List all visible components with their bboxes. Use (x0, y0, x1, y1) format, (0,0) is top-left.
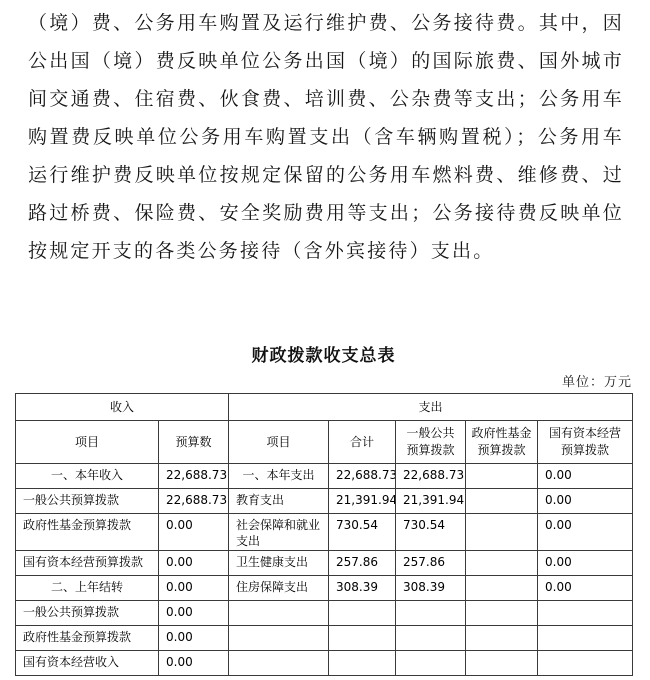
table-cell: 一般公共预算拨款 (16, 601, 159, 626)
table-row: 一般公共预算拨款0.00 (16, 601, 633, 626)
table-cell (229, 651, 329, 676)
table-cell: 一般公共预算拨款 (16, 489, 159, 514)
table-cell (329, 626, 396, 651)
table-cell: 0.00 (538, 576, 633, 601)
table-cell (329, 601, 396, 626)
table-cell: 社会保障和就业支出 (229, 514, 329, 551)
table-cell (396, 601, 466, 626)
table-cell: 21,391.94 (329, 489, 396, 514)
table-cell: 308.39 (329, 576, 396, 601)
column-header-state-capital: 国有资本经营 预算拨款 (538, 421, 633, 464)
table-cell: 教育支出 (229, 489, 329, 514)
table-row: 政府性基金预算拨款0.00 (16, 626, 633, 651)
table-group-header-row: 收入 支出 (16, 394, 633, 421)
table-cell: 0.00 (159, 576, 229, 601)
unit-label: 单位：万元 (15, 371, 632, 390)
column-header-total: 合计 (329, 421, 396, 464)
table-cell (466, 489, 538, 514)
table-cell: 257.86 (329, 551, 396, 576)
table-cell: 730.54 (396, 514, 466, 551)
table-cell: 卫生健康支出 (229, 551, 329, 576)
table-cell (396, 626, 466, 651)
table-cell (466, 576, 538, 601)
table-row: 一、本年收入22,688.73一、本年支出22,688.7322,688.730… (16, 464, 633, 489)
table-row: 政府性基金预算拨款0.00社会保障和就业支出730.54730.540.00 (16, 514, 633, 551)
table-cell (466, 626, 538, 651)
table-cell: 0.00 (538, 489, 633, 514)
table-cell: 0.00 (159, 551, 229, 576)
table-cell: 308.39 (396, 576, 466, 601)
column-header-gov-fund: 政府性基金 预算拨款 (466, 421, 538, 464)
column-header-expense-item: 项目 (229, 421, 329, 464)
table-cell: 住房保障支出 (229, 576, 329, 601)
table-cell: 0.00 (159, 626, 229, 651)
table-cell (466, 651, 538, 676)
table-cell: 22,688.73 (159, 489, 229, 514)
table-cell: 一、本年支出 (229, 464, 329, 489)
document-page: （境）费、公务用车购置及运行维护费、公务接待费。其中，因公出国（境）费反映单位公… (0, 0, 650, 680)
table-cell (229, 601, 329, 626)
table-cell: 21,391.94 (396, 489, 466, 514)
table-row: 一般公共预算拨款22,688.73教育支出21,391.9421,391.940… (16, 489, 633, 514)
table-cell: 22,688.73 (159, 464, 229, 489)
table-cell: 政府性基金预算拨款 (16, 626, 159, 651)
table-cell: 0.00 (538, 464, 633, 489)
income-group-header: 收入 (16, 394, 229, 421)
table-cell (329, 651, 396, 676)
table-cell (538, 651, 633, 676)
table-cell: 二、上年结转 (16, 576, 159, 601)
expense-group-header: 支出 (229, 394, 633, 421)
table-cell: 0.00 (159, 651, 229, 676)
table-cell (466, 514, 538, 551)
table-row: 国有资本经营收入0.00 (16, 651, 633, 676)
table-cell: 22,688.73 (329, 464, 396, 489)
table-column-header-row: 项目 预算数 项目 合计 一般公共 预算拨款 政府性基金 预算拨款 国有资本经营… (16, 421, 633, 464)
table-row: 国有资本经营预算拨款0.00卫生健康支出257.86257.860.00 (16, 551, 633, 576)
table-cell (466, 601, 538, 626)
table-cell: 0.00 (538, 551, 633, 576)
table-cell: 257.86 (396, 551, 466, 576)
table-cell (466, 464, 538, 489)
table-cell: 730.54 (329, 514, 396, 551)
table-cell: 国有资本经营收入 (16, 651, 159, 676)
table-cell: 0.00 (159, 514, 229, 551)
body-paragraph: （境）费、公务用车购置及运行维护费、公务接待费。其中，因公出国（境）费反映单位公… (28, 5, 624, 271)
table-cell: 一、本年收入 (16, 464, 159, 489)
table-cell (538, 601, 633, 626)
table-body: 一、本年收入22,688.73一、本年支出22,688.7322,688.730… (16, 464, 633, 676)
budget-summary-table: 收入 支出 项目 预算数 项目 合计 一般公共 预算拨款 政府性基金 预算拨款 … (15, 393, 633, 676)
table-cell: 0.00 (159, 601, 229, 626)
table-cell (396, 651, 466, 676)
table-cell (466, 551, 538, 576)
table-title: 财政拨款收支总表 (15, 341, 632, 366)
table-cell (538, 626, 633, 651)
table-cell: 22,688.73 (396, 464, 466, 489)
table-cell: 国有资本经营预算拨款 (16, 551, 159, 576)
column-header-income-item: 项目 (16, 421, 159, 464)
column-header-income-budget: 预算数 (159, 421, 229, 464)
table-cell: 0.00 (538, 514, 633, 551)
table-row: 二、上年结转0.00住房保障支出308.39308.390.00 (16, 576, 633, 601)
table-cell: 政府性基金预算拨款 (16, 514, 159, 551)
table-cell (229, 626, 329, 651)
column-header-general-public: 一般公共 预算拨款 (396, 421, 466, 464)
